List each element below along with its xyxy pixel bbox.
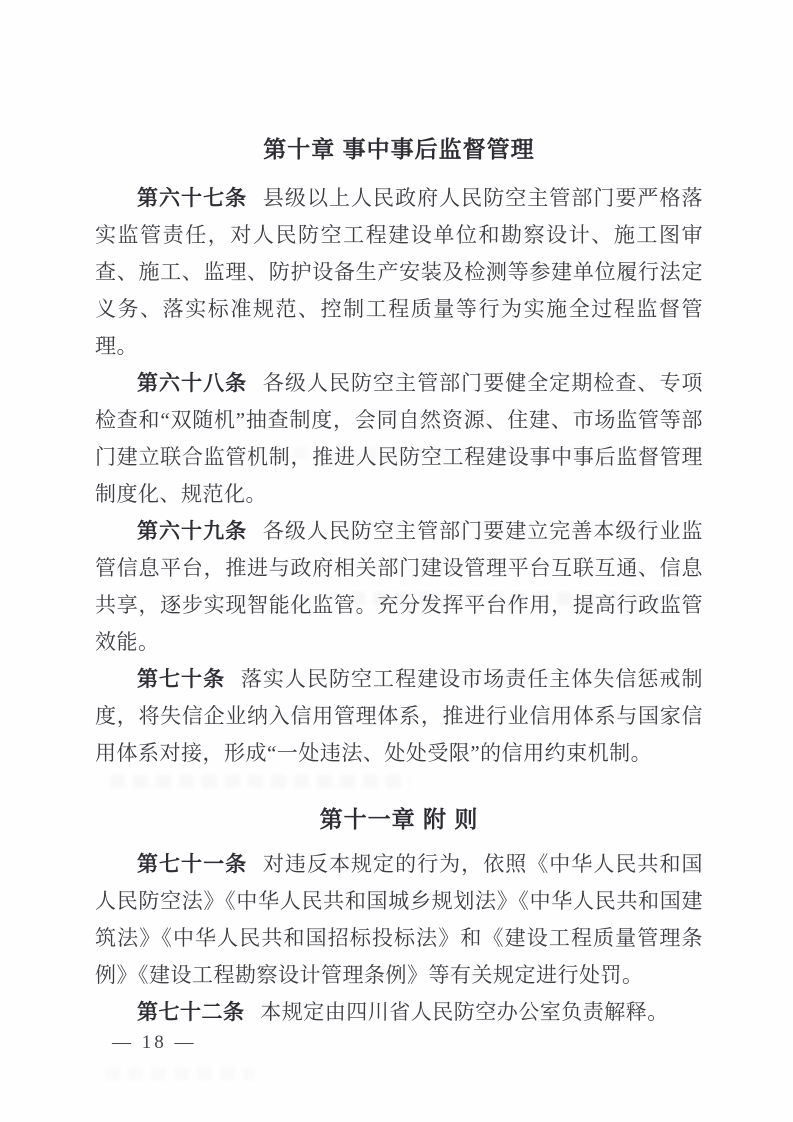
chapter-10-section: 第十章 事中事后监督管理 第六十七条县级以上人民政府人民防空主管部门要严格落实监… xyxy=(95,132,703,772)
article-68-number: 第六十八条 xyxy=(137,372,247,395)
article-70-number: 第七十条 xyxy=(137,668,225,691)
article-68-paragraph: 第六十八条各级人民防空主管部门要健全定期检查、专项检查和“双随机”抽查制度，会同… xyxy=(95,365,703,513)
article-71-paragraph: 第七十一条对违反本规定的行为，依照《中华人民共和国人民防空法》《中华人民共和国城… xyxy=(95,846,703,994)
article-72-paragraph: 第七十二条本规定由四川省人民防空办公室负责解释。 xyxy=(95,994,703,1031)
article-67-number: 第六十七条 xyxy=(137,187,247,210)
article-67-text: 县级以上人民政府人民防空主管部门要严格落实监管责任，对人民防空工程建设单位和勘察… xyxy=(95,186,703,358)
scanned-document-page: 第十章 事中事后监督管理 第六十七条县级以上人民政府人民防空主管部门要严格落实监… xyxy=(0,0,793,1122)
chapter-11-section: 第十一章 附 则 第七十一条对违反本规定的行为，依照《中华人民共和国人民防空法》… xyxy=(95,802,703,1031)
article-70-paragraph: 第七十条落实人民防空工程建设市场责任主体失信惩戒制度，将失信企业纳入信用管理体系… xyxy=(95,661,703,772)
chapter-11-heading: 第十一章 附 则 xyxy=(95,802,703,836)
article-72-number: 第七十二条 xyxy=(137,1001,245,1024)
article-69-number: 第六十九条 xyxy=(137,520,247,543)
article-69-paragraph: 第六十九条各级人民防空主管部门要建立完善本级行业监管信息平台，推进与政府相关部门… xyxy=(95,513,703,661)
page-number: — 18 — xyxy=(112,1032,197,1054)
article-67-paragraph: 第六十七条县级以上人民政府人民防空主管部门要严格落实监管责任，对人民防空工程建设… xyxy=(95,180,703,365)
chapter-10-heading: 第十章 事中事后监督管理 xyxy=(95,132,703,166)
scan-bleedthrough-artifact xyxy=(105,1068,255,1080)
document-content: 第十章 事中事后监督管理 第六十七条县级以上人民政府人民防空主管部门要严格落实监… xyxy=(0,0,793,1031)
article-71-number: 第七十一条 xyxy=(137,853,247,876)
article-72-text: 本规定由四川省人民防空办公室负责解释。 xyxy=(260,1000,669,1024)
